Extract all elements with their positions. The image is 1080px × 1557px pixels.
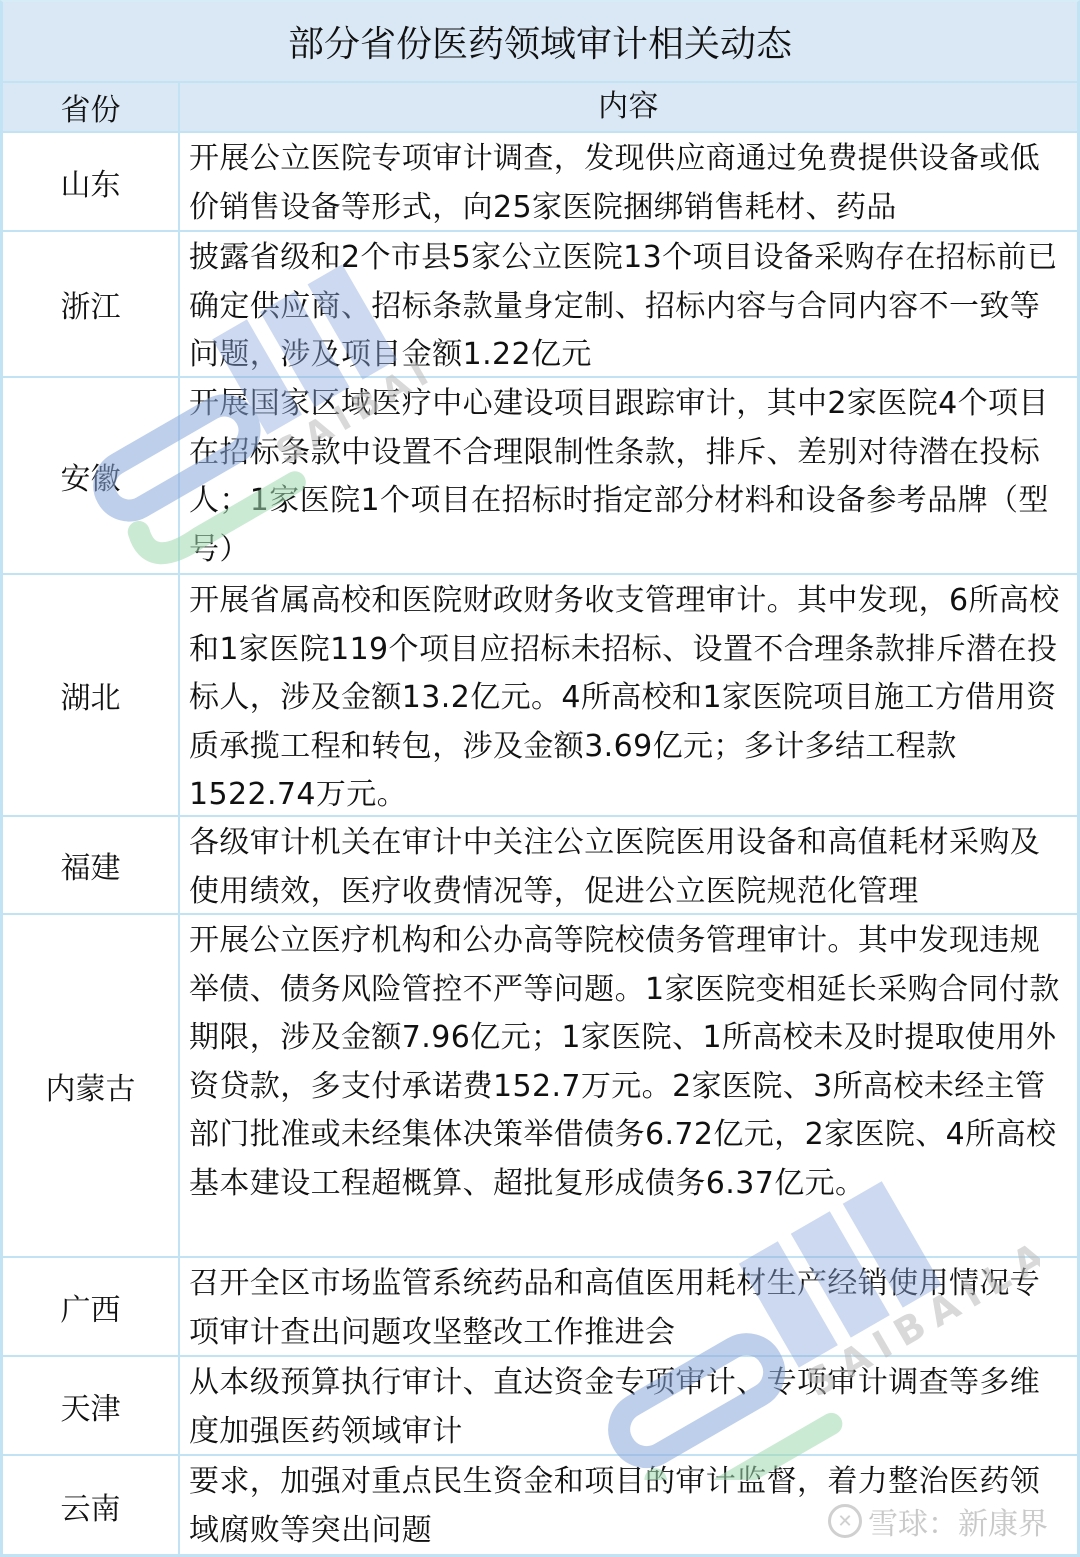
content-cell: 开展省属高校和医院财政财务收支管理审计。其中发现，6所高校和1家医院119个项目… [180,575,1077,815]
content-cell: 从本级预算执行审计、直达资金专项审计、专项审计调查等多维度加强医药领域审计 [180,1357,1077,1454]
table-row: 内蒙古 开展公立医疗机构和公办高等院校债务管理审计。其中发现违规举债、债务风险管… [3,915,1077,1258]
table-row: 浙江 披露省级和2个市县5家公立医院13个项目设备采购存在招标前已确定供应商、招… [3,232,1077,378]
table-title: 部分省份医药领域审计相关动态 [3,2,1077,83]
table-row: 山东 开展公立医院专项审计调查，发现供应商通过免费提供设备或低价销售设备等形式，… [3,133,1077,232]
source-watermark-text: 雪球：新康界 [868,1499,1048,1543]
table-row: 福建 各级审计机关在审计中关注公立医院医用设备和高值耗材采购及使用绩效，医疗收费… [3,817,1077,915]
table-row: 湖北 开展省属高校和医院财政财务收支管理审计。其中发现，6所高校和1家医院119… [3,575,1077,817]
source-watermark: ✕ 雪球：新康界 [828,1499,1048,1543]
table-row: 天津 从本级预算执行审计、直达资金专项审计、专项审计调查等多维度加强医药领域审计 [3,1357,1077,1456]
table-row: 广西 召开全区市场监管系统药品和高值医用耗材生产经销使用情况专项审计查出问题攻坚… [3,1258,1077,1357]
column-header-province: 省份 [3,83,180,131]
province-cell: 广西 [3,1258,180,1355]
table-row: 安徽 开展国家区域医疗中心建设项目跟踪审计，其中2家医院4个项目在招标条款中设置… [3,378,1077,575]
province-cell: 山东 [3,133,180,230]
xueqiu-logo-icon: ✕ [828,1504,862,1538]
audit-table: 部分省份医药领域审计相关动态 省份 内容 山东 开展公立医院专项审计调查，发现供… [0,0,1080,1557]
column-header-content: 内容 [180,83,1077,131]
province-cell: 安徽 [3,378,180,573]
province-cell: 云南 [3,1456,180,1555]
content-cell: 各级审计机关在审计中关注公立医院医用设备和高值耗材采购及使用绩效，医疗收费情况等… [180,817,1077,913]
province-cell: 福建 [3,817,180,913]
content-cell: 开展公立医疗机构和公办高等院校债务管理审计。其中发现违规举债、债务风险管控不严等… [180,915,1077,1256]
content-cell: 开展公立医院专项审计调查，发现供应商通过免费提供设备或低价销售设备等形式，向25… [180,133,1077,230]
province-cell: 浙江 [3,232,180,376]
content-cell: 披露省级和2个市县5家公立医院13个项目设备采购存在招标前已确定供应商、招标条款… [180,232,1077,376]
province-cell: 内蒙古 [3,915,180,1256]
table-header-row: 省份 内容 [3,83,1077,133]
content-cell: 召开全区市场监管系统药品和高值医用耗材生产经销使用情况专项审计查出问题攻坚整改工… [180,1258,1077,1355]
province-cell: 湖北 [3,575,180,815]
content-cell: 开展国家区域医疗中心建设项目跟踪审计，其中2家医院4个项目在招标条款中设置不合理… [180,378,1077,573]
province-cell: 天津 [3,1357,180,1454]
